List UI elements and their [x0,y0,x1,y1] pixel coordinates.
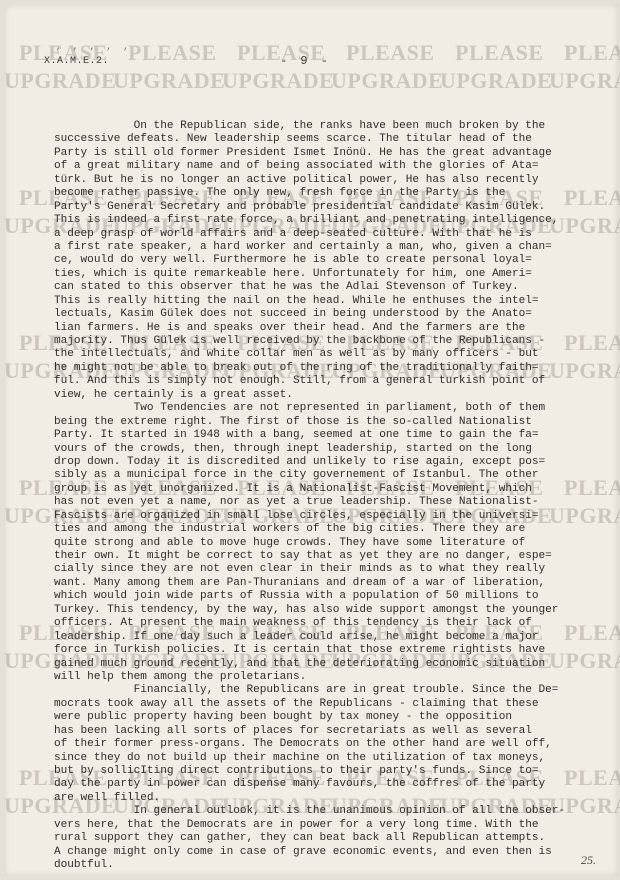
text-line: want. Many among them are Pan-Thuranians… [54,577,614,590]
text-line: gained much ground recently, and that th… [54,658,614,671]
text-line: their own. It might be correct to say th… [54,550,614,563]
text-line: quite strong and able to move huge crowd… [54,537,614,550]
text-line: successive defeats. New leadership seems… [54,133,614,146]
text-line: rural support they can gather, they can … [54,832,614,845]
text-line: türk. But he is no longer an active poli… [54,174,614,187]
text-line: ce, would do very well. Furthermore he i… [54,254,614,267]
text-line: of their former press-organs. The Democr… [54,738,614,751]
handwritten-folio-number: 25. [581,853,596,868]
document-page: PLEASEPLEASEPLEASEPLEASEPLEASEPLEASE UPG… [4,4,618,876]
text-line: group is as yet unorganized. It is a Nat… [54,483,614,496]
text-line: drop down. Today it is discredited and u… [54,456,614,469]
text-line: doubtful. [54,859,614,872]
text-line: officers. At present the main weakness o… [54,617,614,630]
text-line: a first rate speaker, a hard worker and … [54,241,614,254]
text-line: Two Tendencies are not represented in pa… [54,402,614,415]
text-line: Turkey. This tendency, by the way, has a… [54,604,614,617]
text-line: vers here, that the Democrats are in pow… [54,819,614,832]
typewritten-body: On the Republican side, the ranks have b… [54,120,614,873]
text-line: he might not be able to break out of the… [54,362,614,375]
text-line: Party. It started in 1948 with a bang, s… [54,429,614,442]
page-number: - 9 - [280,54,331,68]
text-line: are well filled. [54,792,614,805]
text-line: lectuals, Kasim Gülek does not succeed i… [54,308,614,321]
text-line: majority. Thus Gülek is well received by… [54,335,614,348]
text-line: a deep grasp of world affairs and a deep… [54,228,614,241]
text-line: were public property having been bought … [54,711,614,724]
text-line: has not even yet a name, nor as yet a tr… [54,496,614,509]
text-line: ful. And this is simply not enough. Stil… [54,375,614,388]
text-line: Party's General Secretary and probable p… [54,201,614,214]
text-line: mocrats took away all the assets of the … [54,698,614,711]
text-line: This is indeed a first rate force, a bri… [54,214,614,227]
text-line: A change might only come in case of grav… [54,846,614,859]
text-line: sibly as a municipal force in the city g… [54,469,614,482]
text-line: vours of the crowds, then, through inept… [54,443,614,456]
text-line: of a great military name and of being as… [54,160,614,173]
text-line: In general outlook, it is the unanimous … [54,805,614,818]
text-line: view, he certainly is a great asset. [54,389,614,402]
text-line: Fascists are organized in small lose cir… [54,510,614,523]
text-line: the intellectuals, and white collar men … [54,348,614,361]
text-line: since they do not build up their machine… [54,752,614,765]
text-line: day the party in power can dispense many… [54,778,614,791]
text-line: force in Turkish policies. It is certain… [54,644,614,657]
text-line: cially since they are not even clear in … [54,563,614,576]
text-line: ties and among the industrial workers of… [54,523,614,536]
text-line: On the Republican side, the ranks have b… [54,120,614,133]
text-line: leadership. If one day such a leader cou… [54,631,614,644]
text-line: Party is still old former President Isme… [54,147,614,160]
text-line: will help them among the proletarians. [54,671,614,684]
header-marks: , , , , , [56,42,132,52]
text-line: This is really hitting the nail on the h… [54,295,614,308]
text-line: become rather passive. The only new, fre… [54,187,614,200]
text-line: has been lacking all sorts of places for… [54,725,614,738]
text-line: ties, which is quite remarkeable here. U… [54,268,614,281]
text-line: lian farmers. He is and speaks over thei… [54,322,614,335]
document-reference: X.A.M.E.2. [44,56,109,67]
text-line: can stated to this observer that he was … [54,281,614,294]
text-line: being the extreme right. The first of th… [54,416,614,429]
text-line: which would join wide parts of Russia wi… [54,590,614,603]
text-line: but by sollicIting direct contributions … [54,765,614,778]
page-header: , , , , , X.A.M.E.2. - 9 - [4,52,618,82]
text-line: Financially, the Republicans are in grea… [54,684,614,697]
